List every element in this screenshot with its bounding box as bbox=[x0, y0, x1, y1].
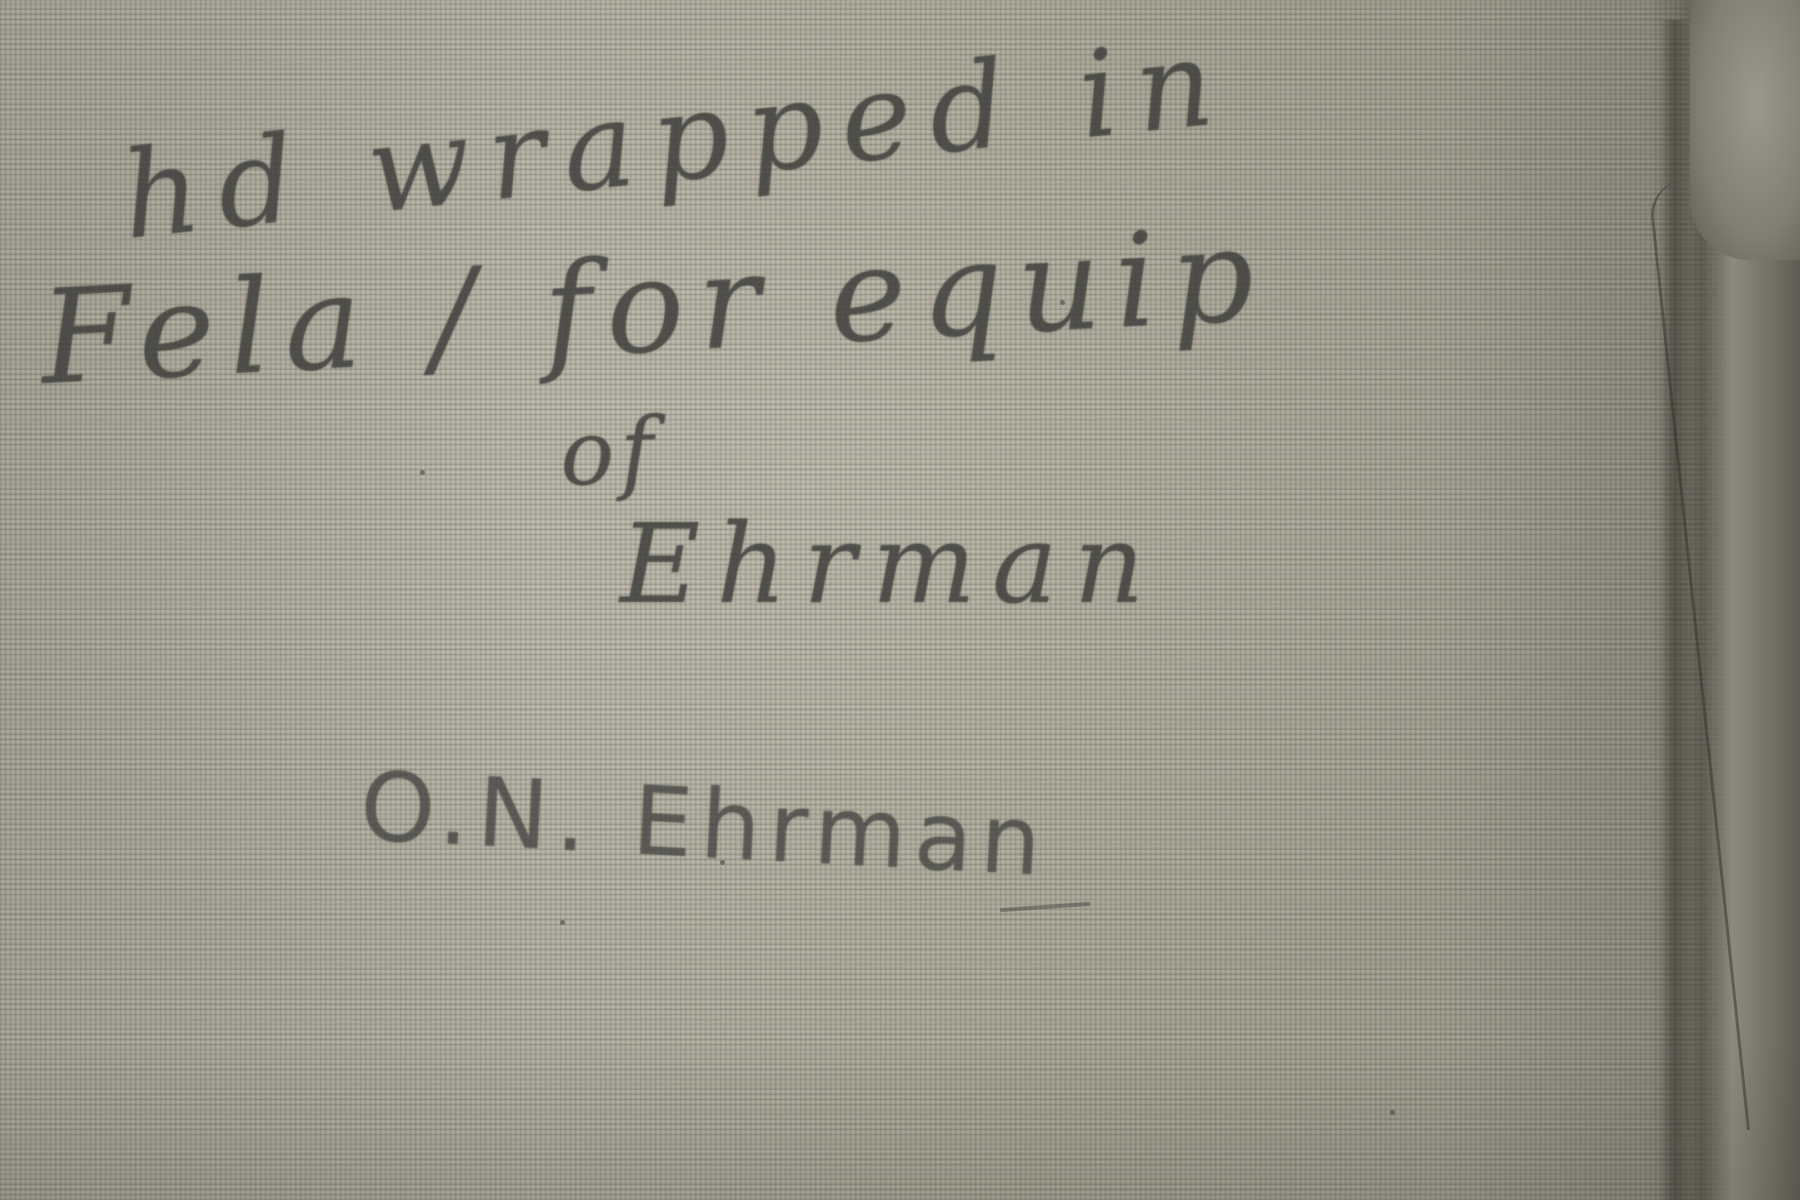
linen-cloth-photo: hd wrapped in Fela / for equip of Ehrman… bbox=[0, 0, 1800, 1200]
handwriting-line-3: of bbox=[558, 398, 661, 506]
handwriting-line-4: Ehrman bbox=[620, 500, 1160, 628]
bottom-shadow bbox=[0, 1040, 1800, 1200]
